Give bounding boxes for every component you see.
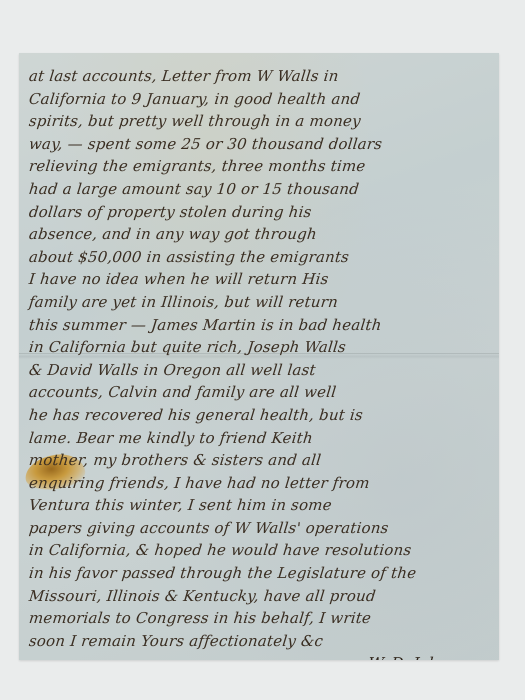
letter-line: about $50,000 in assisting the emigrants (28, 246, 490, 269)
letter-line: accounts, Calvin and family are all well (28, 381, 490, 404)
letter-line: this summer — James Martin is in bad hea… (28, 314, 490, 337)
letter-line: California to 9 January, in good health … (28, 88, 490, 111)
letter-body: at last accounts, Letter from W Walls in… (29, 65, 489, 660)
letter-page: at last accounts, Letter from W Walls in… (19, 53, 499, 660)
letter-line: relieving the emigrants, three months ti… (28, 155, 490, 178)
letter-line: in California but quite rich, Joseph Wal… (28, 336, 490, 359)
letter-line: had a large amount say 10 or 15 thousand (28, 178, 490, 201)
letter-line: dollars of property stolen during his (28, 201, 490, 224)
letter-line: he has recovered his general health, but… (28, 404, 490, 427)
letter-line: papers giving accounts of W Walls' opera… (28, 517, 490, 540)
letter-line: spirits, but pretty well through in a mo… (28, 110, 490, 133)
letter-line: enquiring friends, I have had no letter … (28, 472, 490, 495)
letter-line: I have no idea when he will return His (28, 268, 490, 291)
letter-line: absence, and in any way got through (28, 223, 490, 246)
letter-line: in his favor passed through the Legislat… (28, 562, 490, 585)
letter-line: soon I remain Yours affectionately &c (28, 630, 490, 653)
letter-line: memorials to Congress in his behalf, I w… (28, 607, 490, 630)
signature: W. D. Johnson (28, 652, 490, 660)
letter-line: in California, & hoped he would have res… (28, 539, 490, 562)
letter-line: & David Walls in Oregon all well last (28, 359, 490, 382)
letter-line: way, — spent some 25 or 30 thousand doll… (28, 133, 490, 156)
letter-line: at last accounts, Letter from W Walls in (28, 65, 490, 88)
letter-line: Missouri, Illinois & Kentucky, have all … (28, 585, 490, 608)
letter-line: family are yet in Illinois, but will ret… (28, 291, 490, 314)
letter-line: mother, my brothers & sisters and all (28, 449, 490, 472)
letter-line: Ventura this winter, I sent him in some (28, 494, 490, 517)
letter-line: lame. Bear me kindly to friend Keith (28, 427, 490, 450)
